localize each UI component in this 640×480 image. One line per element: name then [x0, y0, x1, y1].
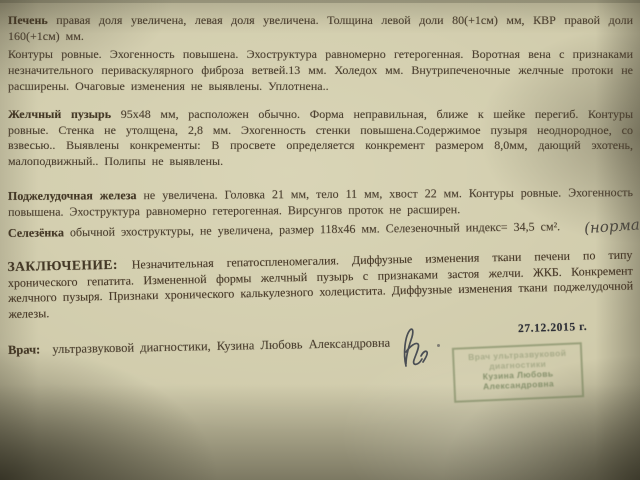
- section-heading-liver: Печень: [8, 13, 56, 27]
- paragraph-pancreas: Поджелудочная железане увеличена. Головк…: [8, 184, 633, 220]
- doctor-name: ультразвуковой диагностики, Кузина Любов…: [52, 336, 390, 356]
- paragraph-liver-text: правая доля увеличена, левая доля увелич…: [8, 13, 633, 43]
- paragraph-gallbladder: Желчный пузырь95х48 мм, расположен обычн…: [8, 107, 633, 169]
- paragraph-spleen: Селезёнкаобычной эхоструктуры, не увелич…: [8, 217, 633, 241]
- section-heading-spleen: Селезёнка: [8, 225, 70, 240]
- doctor-stamp: Врач ультразвуковой диагностики Кузина Л…: [452, 342, 584, 403]
- paragraph-liver-details: Контуры ровные. Эхогенность повышена. Эх…: [8, 46, 633, 94]
- section-heading-conclusion: ЗАКЛЮЧЕНИЕ:: [7, 257, 131, 274]
- signature-ink-dot: [437, 344, 440, 347]
- paragraph-spleen-text: обычной эхоструктуры, не увеличена, разм…: [70, 219, 560, 239]
- paragraph-liver: Печеньправая доля увеличена, левая доля …: [8, 12, 633, 44]
- section-heading-pancreas: Поджелудочная железа: [8, 188, 144, 203]
- paragraph-liver-details-text: Контуры ровные. Эхогенность повышена. Эх…: [8, 47, 633, 93]
- paragraph-conclusion: ЗАКЛЮЧЕНИЕ:Незначительная гепатоспленоме…: [7, 246, 633, 322]
- ultrasound-report: Печеньправая доля увеличена, левая доля …: [8, 12, 633, 358]
- doctor-signature: [392, 326, 438, 374]
- doctor-label: Врач:: [8, 342, 47, 357]
- section-heading-gallbladder: Желчный пузырь: [8, 107, 121, 121]
- photo-top-edge-shadow: [0, 0, 640, 3]
- report-date: 27.12.2015 г.: [518, 321, 588, 335]
